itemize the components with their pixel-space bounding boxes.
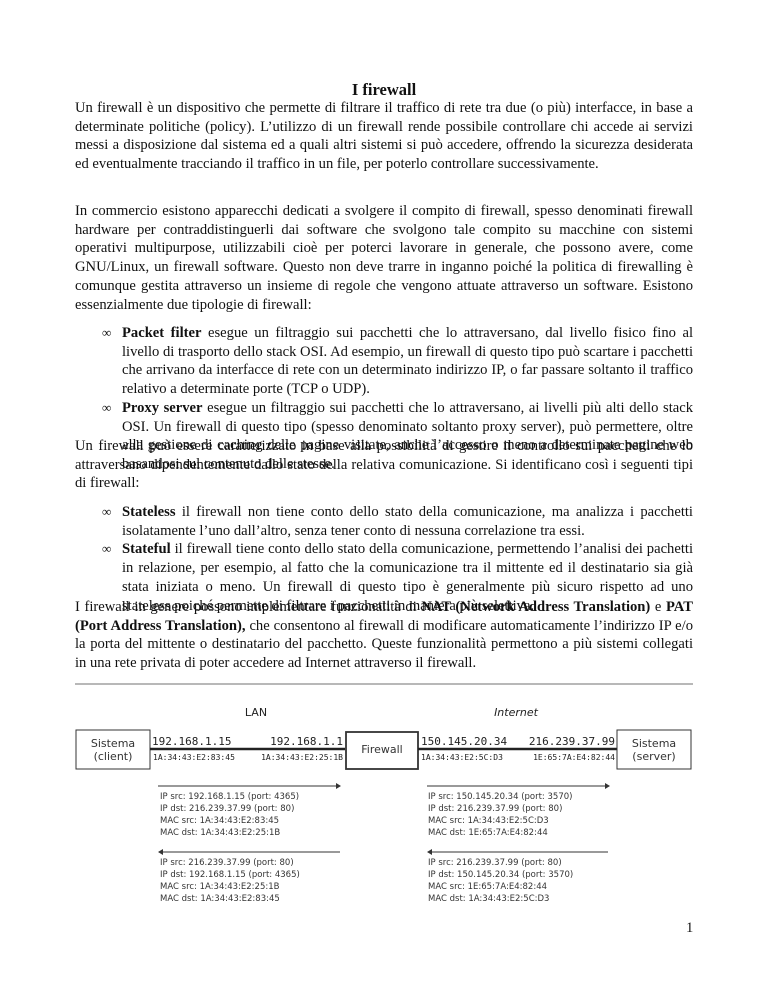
lan-outbound-packet: IP src: 192.168.1.15 (port: 4365) IP dst… [160,792,299,838]
bullet-infinity-icon: ∞ [102,540,111,559]
lan-right-mac: 1A:34:43:E2:25:1B [261,753,343,762]
client-box-line2: (client) [94,750,133,763]
term-proxy-server: Proxy server [122,400,203,416]
lan-right-ip: 192.168.1.1 [270,735,343,748]
description-packet-filter: esegue un filtraggio sui pacchetti che l… [122,325,693,397]
lan-inbound-packet: IP src: 216.239.37.99 (port: 80) IP dst:… [160,858,300,904]
nat-text-mid: e [650,599,666,615]
lan-left-mac: 1A:34:43:E2:83:45 [153,753,235,762]
packet-line: MAC dst: 1A:34:43:E2:83:45 [160,894,280,904]
arrow-left-icon [158,849,163,855]
packet-line: IP src: 216.239.37.99 (port: 80) [160,858,294,868]
packet-line: IP dst: 192.168.1.15 (port: 4365) [160,870,300,880]
packet-line: MAC dst: 1A:34:43:E2:25:1B [160,828,280,838]
internet-label: Internet [494,706,539,719]
nat-term: NAT (Network Address Translation) [421,599,650,615]
packet-line: IP src: 150.145.20.34 (port: 3570) [428,792,572,802]
client-box-line1: Sistema [91,737,135,750]
bullet-infinity-icon: ∞ [102,324,111,343]
network-diagram: LAN Internet Sistema (client) 192.168.1.… [0,690,768,950]
section-divider [75,683,693,685]
packet-line: MAC src: 1E:65:7A:E4:82:44 [428,882,547,892]
internet-left-ip: 150.145.20.34 [421,735,507,748]
paragraph-nat-pat: I firewall in genere possono implementar… [75,598,693,673]
document-page: I firewall Un firewall è un dispositivo … [0,0,768,994]
server-box-line2: (server) [632,750,675,763]
page-number: 1 [686,920,693,937]
arrow-right-icon [336,783,341,789]
internet-right-mac: 1E:65:7A:E4:82:44 [533,753,615,762]
internet-right-ip: 216.239.37.99 [529,735,615,748]
server-box-line1: Sistema [632,737,676,750]
packet-line: IP dst: 150.145.20.34 (port: 3570) [428,870,573,880]
lan-left-ip: 192.168.1.15 [152,735,231,748]
term-stateless: Stateless [122,504,176,520]
packet-line: MAC src: 1A:34:43:E2:25:1B [160,882,280,892]
firewall-box-label: Firewall [361,743,402,756]
internet-left-mac: 1A:34:43:E2:5C:D3 [421,753,503,762]
packet-line: IP dst: 216.239.37.99 (port: 80) [428,804,562,814]
packet-line: IP src: 216.239.37.99 (port: 80) [428,858,562,868]
description-stateless: il firewall non tiene conto dello stato … [122,504,693,539]
list-item-packet-filter: ∞ Packet filter esegue un filtraggio sui… [75,324,693,399]
nat-text-pre: I firewall in genere possono implementar… [75,599,421,615]
arrow-left-icon [427,849,432,855]
internet-outbound-packet: IP src: 150.145.20.34 (port: 3570) IP ds… [428,792,572,838]
lan-label: LAN [245,706,267,719]
paragraph-state-intro: Un firewall può essere caratterizzato in… [75,437,693,493]
paragraph-intro: Un firewall è un dispositivo che permett… [75,99,693,174]
packet-line: MAC src: 1A:34:43:E2:5C:D3 [428,816,549,826]
packet-line: IP src: 192.168.1.15 (port: 4365) [160,792,299,802]
packet-line: MAC dst: 1E:65:7A:E4:82:44 [428,828,548,838]
bullet-infinity-icon: ∞ [102,503,111,522]
packet-line: MAC src: 1A:34:43:E2:83:45 [160,816,279,826]
term-stateful: Stateful [122,541,171,557]
internet-inbound-packet: IP src: 216.239.37.99 (port: 80) IP dst:… [428,858,573,904]
list-item-stateless: ∞ Stateless il firewall non tiene conto … [75,503,693,540]
page-title: I firewall [0,80,768,100]
packet-line: MAC dst: 1A:34:43:E2:5C:D3 [428,894,549,904]
term-packet-filter: Packet filter [122,325,201,341]
packet-line: IP dst: 216.239.37.99 (port: 80) [160,804,294,814]
paragraph-types-intro: In commercio esistono apparecchi dedicat… [75,202,693,314]
arrow-right-icon [605,783,610,789]
bullet-infinity-icon: ∞ [102,399,111,418]
